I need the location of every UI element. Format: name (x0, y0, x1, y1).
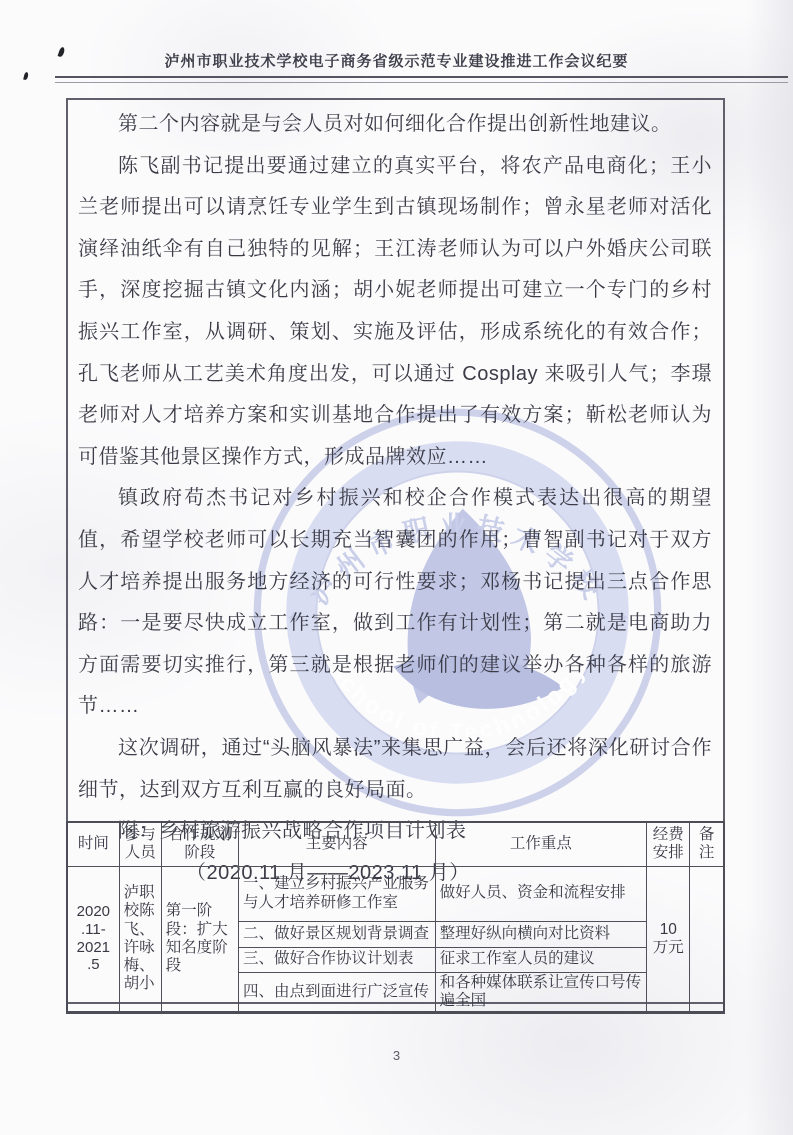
document-title: 泸州市职业技术学校电子商务省级示范专业建设推进工作会议纪要 (0, 50, 793, 71)
col-header-remark: 备注 (690, 822, 724, 866)
cell-work-focus-2: 整理好纵向横向对比资料 (435, 921, 647, 947)
paragraph: 陈飞副书记提出要通过建立的真实平台，将农产品电商化；王小兰老师提出可以请烹饪专业… (78, 146, 712, 479)
paragraph: 这次调研，通过“头脑风暴法”来集思广益，会后还将深化研讨合作细节，达到双方互利互… (78, 728, 712, 811)
cell-main-content-1: 一、建立乡村振兴产业服务与人才培养研修工作室 (239, 866, 436, 921)
col-header-participants: 参与 人员 (119, 822, 161, 866)
cell-budget: 10 万元 (647, 866, 690, 1013)
cell-time: 2020 .11- 2021 .5 (67, 866, 119, 1013)
cell-remark (690, 866, 724, 1013)
page-number: 3 (0, 1048, 793, 1063)
table-header-row: 时间 参与 人员 合作规划 阶段 主要内容 工作重点 经费 安排 备注 (67, 822, 724, 866)
header-divider (55, 76, 788, 83)
cell-work-focus-4: 和各种媒体联系让宣传口号传遍全国 (435, 972, 647, 1013)
cell-work-focus-3: 征求工作室人员的建议 (435, 947, 647, 972)
col-header-time: 时间 (67, 822, 119, 866)
cell-participants: 泸职校陈飞、许咏梅、胡小 (119, 866, 161, 1013)
cell-work-focus-1: 做好人员、资金和流程安排 (435, 866, 647, 921)
cell-main-content-3: 三、做好合作协议计划表 (239, 947, 436, 972)
col-header-work-focus: 工作重点 (435, 822, 647, 866)
col-header-main-content: 主要内容 (239, 822, 436, 866)
scanned-document-page: 泸州市职业技术学校电子商务省级示范专业建设推进工作会议纪要 泸州市职业技术学校 … (0, 0, 793, 1135)
ink-mark (23, 72, 29, 81)
cooperation-plan-table: 时间 参与 人员 合作规划 阶段 主要内容 工作重点 经费 安排 备注 2020… (66, 821, 725, 1014)
paragraph: 镇政府苟杰书记对乡村振兴和校企合作模式表达出很高的期望值，希望学校老师可以长期充… (78, 478, 712, 728)
col-header-budget: 经费 安排 (647, 822, 690, 866)
paragraph: 第二个内容就是与会人员对如何细化合作提出创新性地建议。 (78, 104, 712, 146)
cell-stage: 第一阶段：扩大知名度阶段 (161, 866, 238, 1013)
col-header-stage: 合作规划 阶段 (161, 822, 238, 866)
cell-main-content-2: 二、做好景区规划背景调查 (239, 921, 436, 947)
cell-main-content-4: 四、由点到面进行广泛宣传 (239, 972, 436, 1013)
body-text: 第二个内容就是与会人员对如何细化合作提出创新性地建议。 陈飞副书记提出要通过建立… (78, 104, 712, 894)
table-row: 2020 .11- 2021 .5 泸职校陈飞、许咏梅、胡小 第一阶段：扩大知名… (67, 866, 724, 921)
